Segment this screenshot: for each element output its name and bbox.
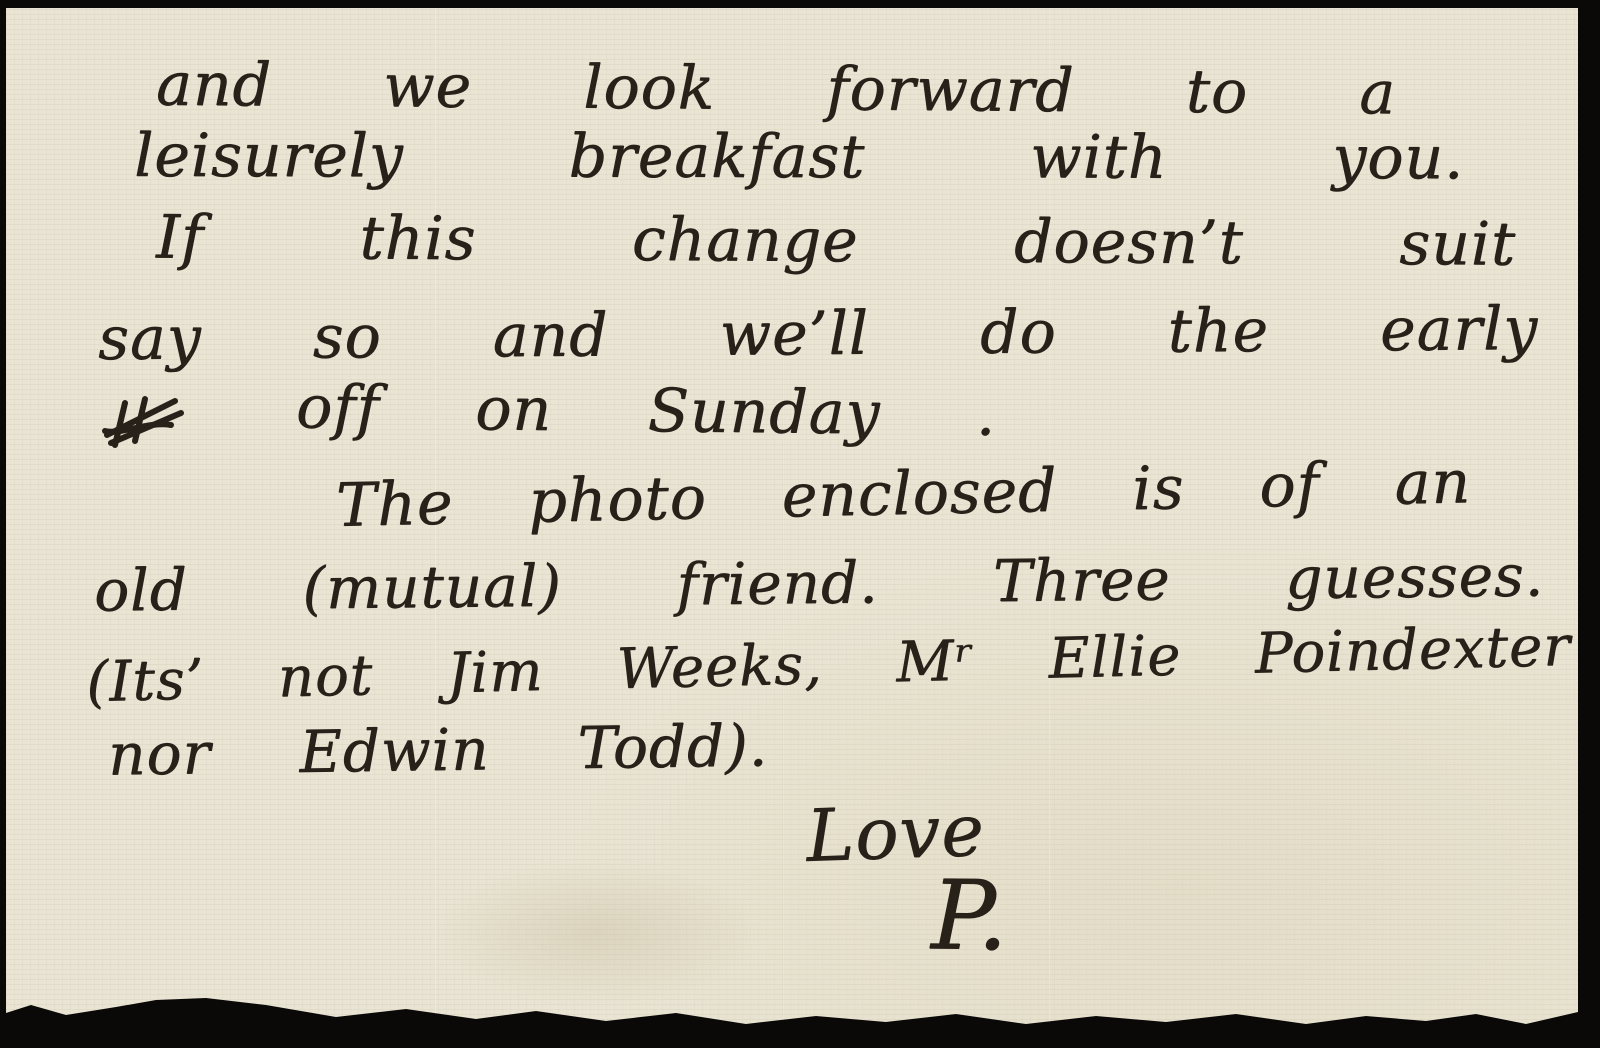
letter-line-1: and we look forward to a	[156, 54, 1396, 126]
letter-line-3: If this change doesn’t suit	[156, 206, 1516, 276]
paper-sheet: and we look forward to a leisurely break…	[6, 8, 1578, 1040]
letter-line-9: nor Edwin Todd).	[108, 715, 769, 785]
scribbled-out-word	[101, 391, 189, 449]
letter-line-4: say so and we’ll do the early	[98, 298, 1538, 371]
letter-line-8: (Its’ not Jim Weeks, Mʳ Ellie Poindexter	[86, 618, 1572, 713]
letter-signature: P.	[931, 865, 1092, 967]
scanned-letter: and we look forward to a leisurely break…	[0, 0, 1600, 1048]
letter-line-5: off on Sunday .	[296, 376, 997, 446]
letter-line-2: leisurely breakfast with you.	[134, 125, 1464, 190]
letter-line-6: The photo enclosed is of an	[335, 451, 1471, 538]
letter-line-7: old (mutual) friend. Three guesses.	[94, 545, 1545, 621]
